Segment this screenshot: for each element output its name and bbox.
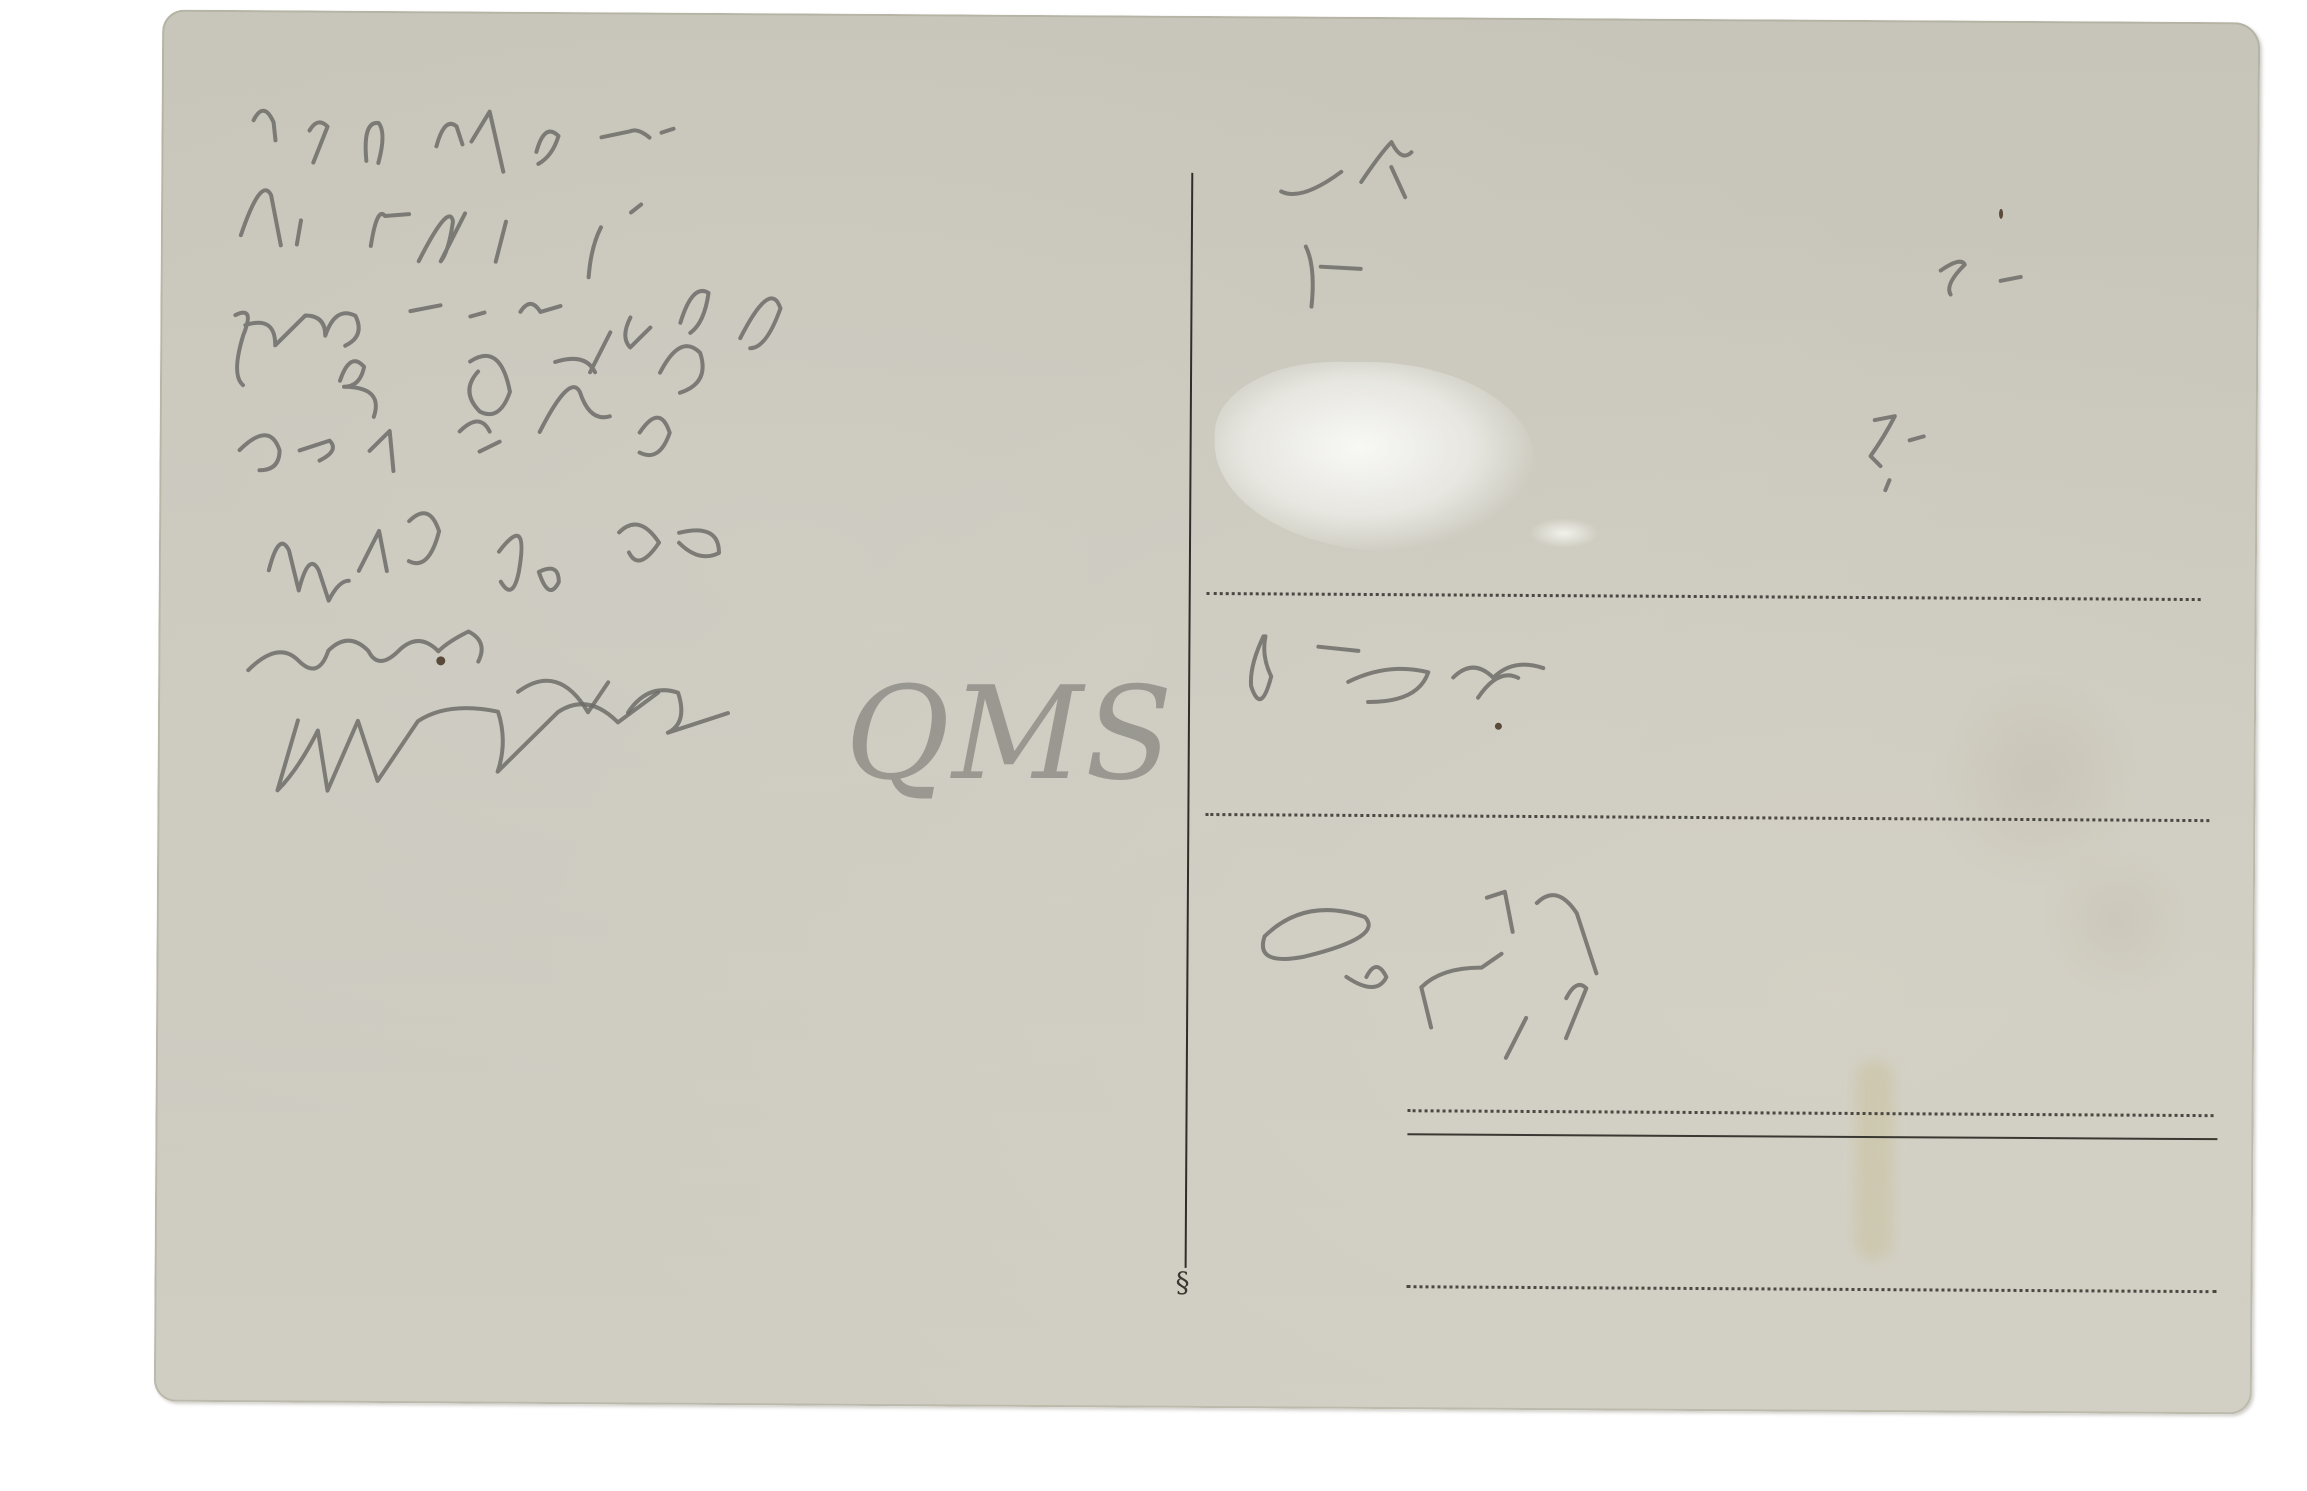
watermark: QMS bbox=[845, 660, 1175, 809]
shorthand-handwriting bbox=[154, 10, 2260, 1415]
foxing-spot bbox=[1999, 209, 2003, 219]
foxing-spot bbox=[436, 656, 445, 665]
postcard-back: § bbox=[154, 10, 2260, 1415]
foxing-spot bbox=[1495, 723, 1502, 730]
